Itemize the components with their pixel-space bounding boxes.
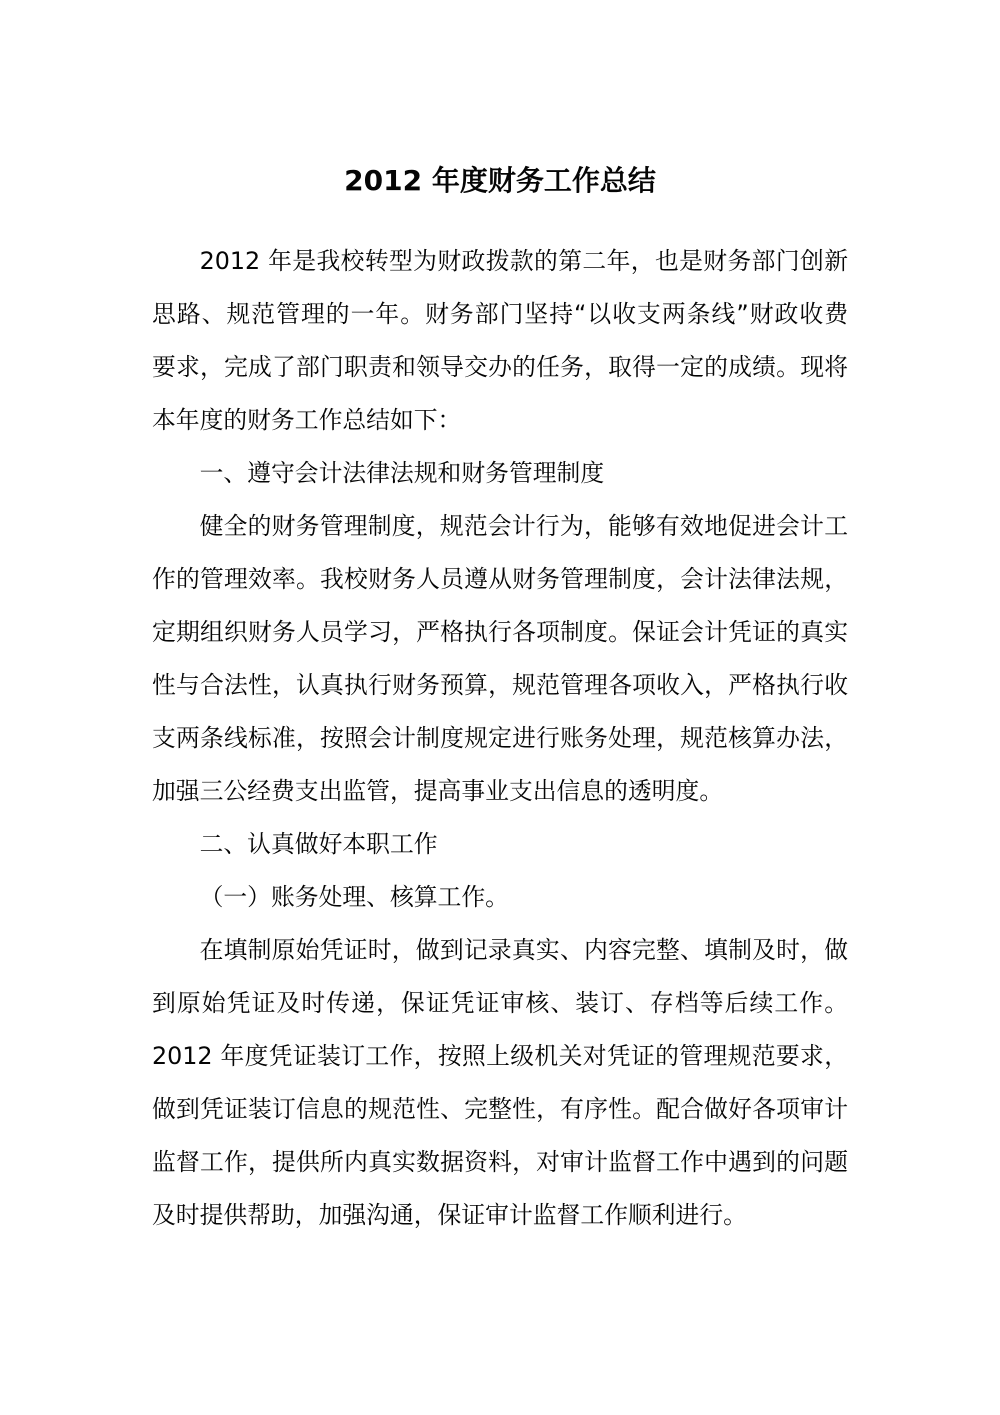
text-line: 到原始凭证及时传递，保证凭证审核、装订、存档等后续工作。 xyxy=(152,977,848,1030)
document-body: 2012 年是我校转型为财政拨款的第二年，也是财务部门创新思路、规范管理的一年。… xyxy=(152,235,848,1242)
text-line: 及时提供帮助，加强沟通，保证审计监督工作顺利进行。 xyxy=(152,1189,848,1242)
document-page: 2012 年度财务工作总结 2012 年是我校转型为财政拨款的第二年，也是财务部… xyxy=(0,0,1000,1415)
text-line: 做到凭证装订信息的规范性、完整性，有序性。配合做好各项审计 xyxy=(152,1083,848,1136)
text-line: 性与合法性，认真执行财务预算，规范管理各项收入，严格执行收 xyxy=(152,659,848,712)
text-line: 本年度的财务工作总结如下： xyxy=(152,394,848,447)
heading-line: 一、遵守会计法律法规和财务管理制度 xyxy=(152,447,848,500)
text-line: 2012 年是我校转型为财政拨款的第二年，也是财务部门创新 xyxy=(152,235,848,288)
text-line: 在填制原始凭证时，做到记录真实、内容完整、填制及时，做 xyxy=(152,924,848,977)
text-line: 思路、规范管理的一年。财务部门坚持“以收支两条线”财政收费 xyxy=(152,288,848,341)
text-line: 健全的财务管理制度，规范会计行为，能够有效地促进会计工 xyxy=(152,500,848,553)
text-line: 定期组织财务人员学习，严格执行各项制度。保证会计凭证的真实 xyxy=(152,606,848,659)
heading-line: （一）账务处理、核算工作。 xyxy=(152,871,848,924)
text-line: 作的管理效率。我校财务人员遵从财务管理制度，会计法律法规， xyxy=(152,553,848,606)
text-line: 加强三公经费支出监管，提高事业支出信息的透明度。 xyxy=(152,765,848,818)
document-title: 2012 年度财务工作总结 xyxy=(152,154,848,207)
text-line: 2012 年度凭证装订工作，按照上级机关对凭证的管理规范要求， xyxy=(152,1030,848,1083)
text-line: 监督工作，提供所内真实数据资料，对审计监督工作中遇到的问题 xyxy=(152,1136,848,1189)
text-line: 要求，完成了部门职责和领导交办的任务，取得一定的成绩。现将 xyxy=(152,341,848,394)
text-line: 支两条线标准，按照会计制度规定进行账务处理，规范核算办法， xyxy=(152,712,848,765)
heading-line: 二、认真做好本职工作 xyxy=(152,818,848,871)
